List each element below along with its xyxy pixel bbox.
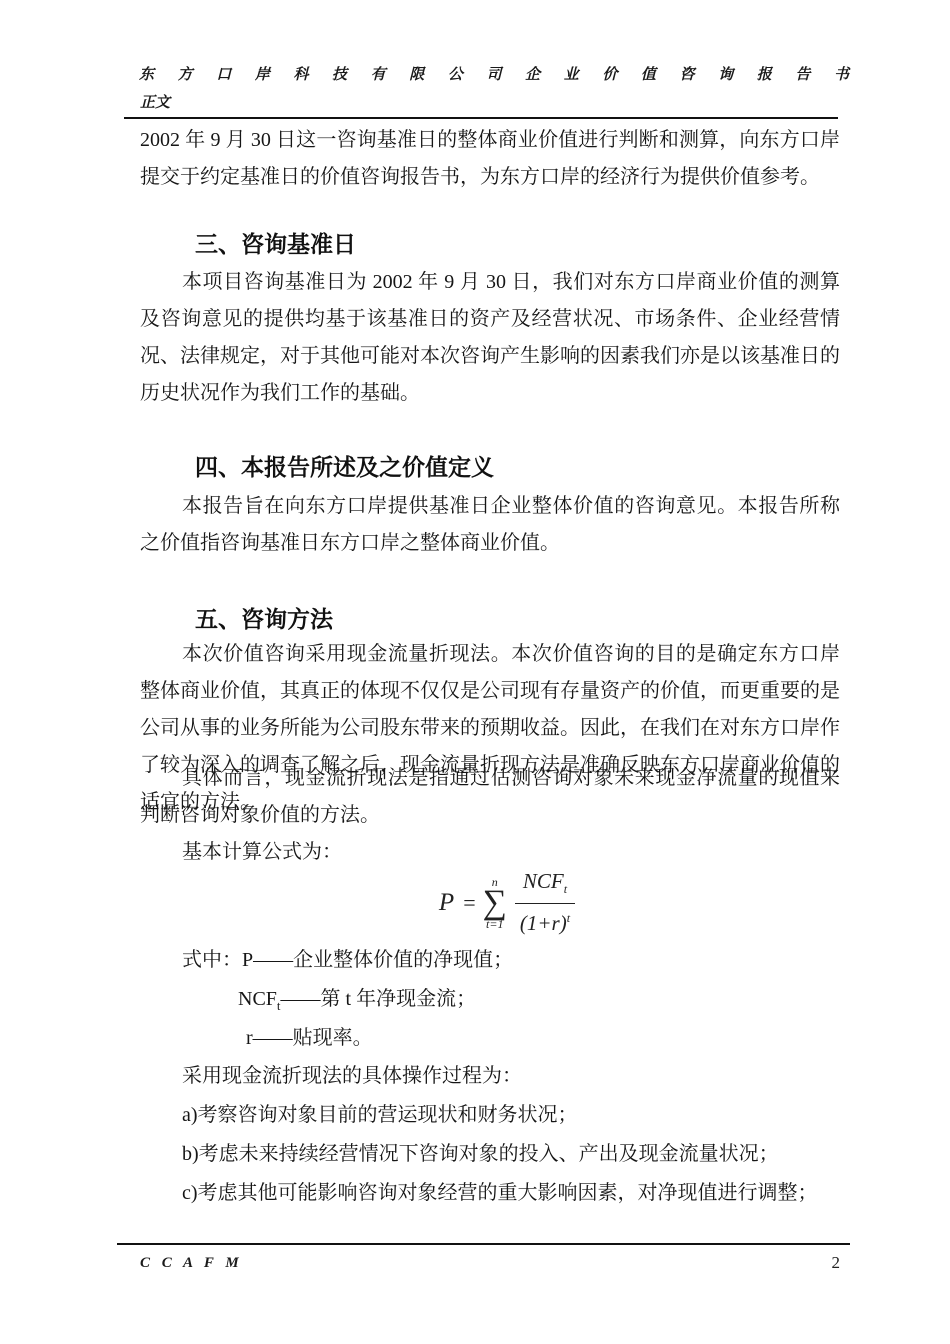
footer-organization: C C A F M	[140, 1255, 243, 1272]
intro-paragraph: 2002 年 9 月 30 日这一咨询基准日的整体商业价值进行判断和测算，向东方…	[140, 122, 840, 196]
report-header-title: 东 方 口 岸 科 技 有 限 公 司 企 业 价 值 咨 询 报 告 书	[139, 63, 851, 84]
section3-paragraph: 本项目咨询基准日为 2002 年 9 月 30 日，我们对东方口岸商业价值的测算…	[140, 264, 840, 412]
section4-heading: 四、本报告所述及之价值定义	[195, 449, 494, 482]
section4-paragraph: 本报告旨在向东方口岸提供基准日企业整体价值的咨询意见。本报告所称之价值指咨询基准…	[140, 488, 840, 562]
denominator-base: (1+r)	[520, 911, 567, 935]
numerator-subscript: t	[564, 882, 567, 896]
header-divider	[124, 117, 838, 119]
footer-divider	[117, 1243, 850, 1245]
fraction-denominator: (1+r)t	[520, 904, 570, 937]
procedure-item-c: c)考虑其他可能影响咨询对象经营的重大影响因素，对净现值进行调整；	[140, 1175, 840, 1212]
sigma-glyph: ∑	[483, 888, 507, 918]
section3-heading: 三、咨询基准日	[195, 226, 356, 259]
formula-equals: =	[463, 890, 475, 916]
legend-line-ncf: NCFt——第 t 年净现金流；	[140, 981, 840, 1024]
formula-lead-text: 基本计算公式为：	[140, 834, 840, 871]
legend-ncf-base: NCF	[238, 988, 277, 1010]
section5-paragraph2: 具体而言，现金流折现法是指通过估测咨询对象未来现金净流量的现值来判断咨询对象价值…	[140, 760, 840, 834]
fraction-numerator: NCFt	[515, 868, 575, 904]
dcf-formula: P = n ∑ t=1 NCFt (1+r)t	[439, 868, 575, 937]
denominator-superscript: t	[567, 911, 570, 925]
legend-ncf-rest: ——第 t 年净现金流；	[281, 988, 477, 1010]
procedure-item-a: a)考察咨询对象目前的营运现状和财务状况；	[140, 1097, 840, 1134]
numerator-base: NCF	[523, 869, 564, 893]
procedure-item-b: b)考虑未来持续经营情况下咨询对象的投入、产出及现金流量状况；	[140, 1136, 840, 1173]
dcf-formula-container: P = n ∑ t=1 NCFt (1+r)t	[140, 868, 840, 937]
report-header-subtitle: 正文	[140, 91, 170, 112]
document-page: 东 方 口 岸 科 技 有 限 公 司 企 业 价 值 咨 询 报 告 书 正文…	[0, 0, 950, 1344]
formula-fraction: NCFt (1+r)t	[515, 868, 575, 937]
section5-heading: 五、咨询方法	[195, 601, 333, 634]
page-number: 2	[832, 1253, 841, 1273]
formula-lhs: P	[439, 889, 454, 917]
summation-lower-limit: t=1	[486, 918, 503, 930]
summation-symbol: n ∑ t=1	[483, 876, 507, 930]
legend-line-r: r——贴现率。	[140, 1020, 840, 1057]
procedure-lead-text: 采用现金流折现法的具体操作过程为：	[140, 1058, 840, 1095]
legend-line-p: 式中：P——企业整体价值的净现值；	[140, 942, 840, 979]
